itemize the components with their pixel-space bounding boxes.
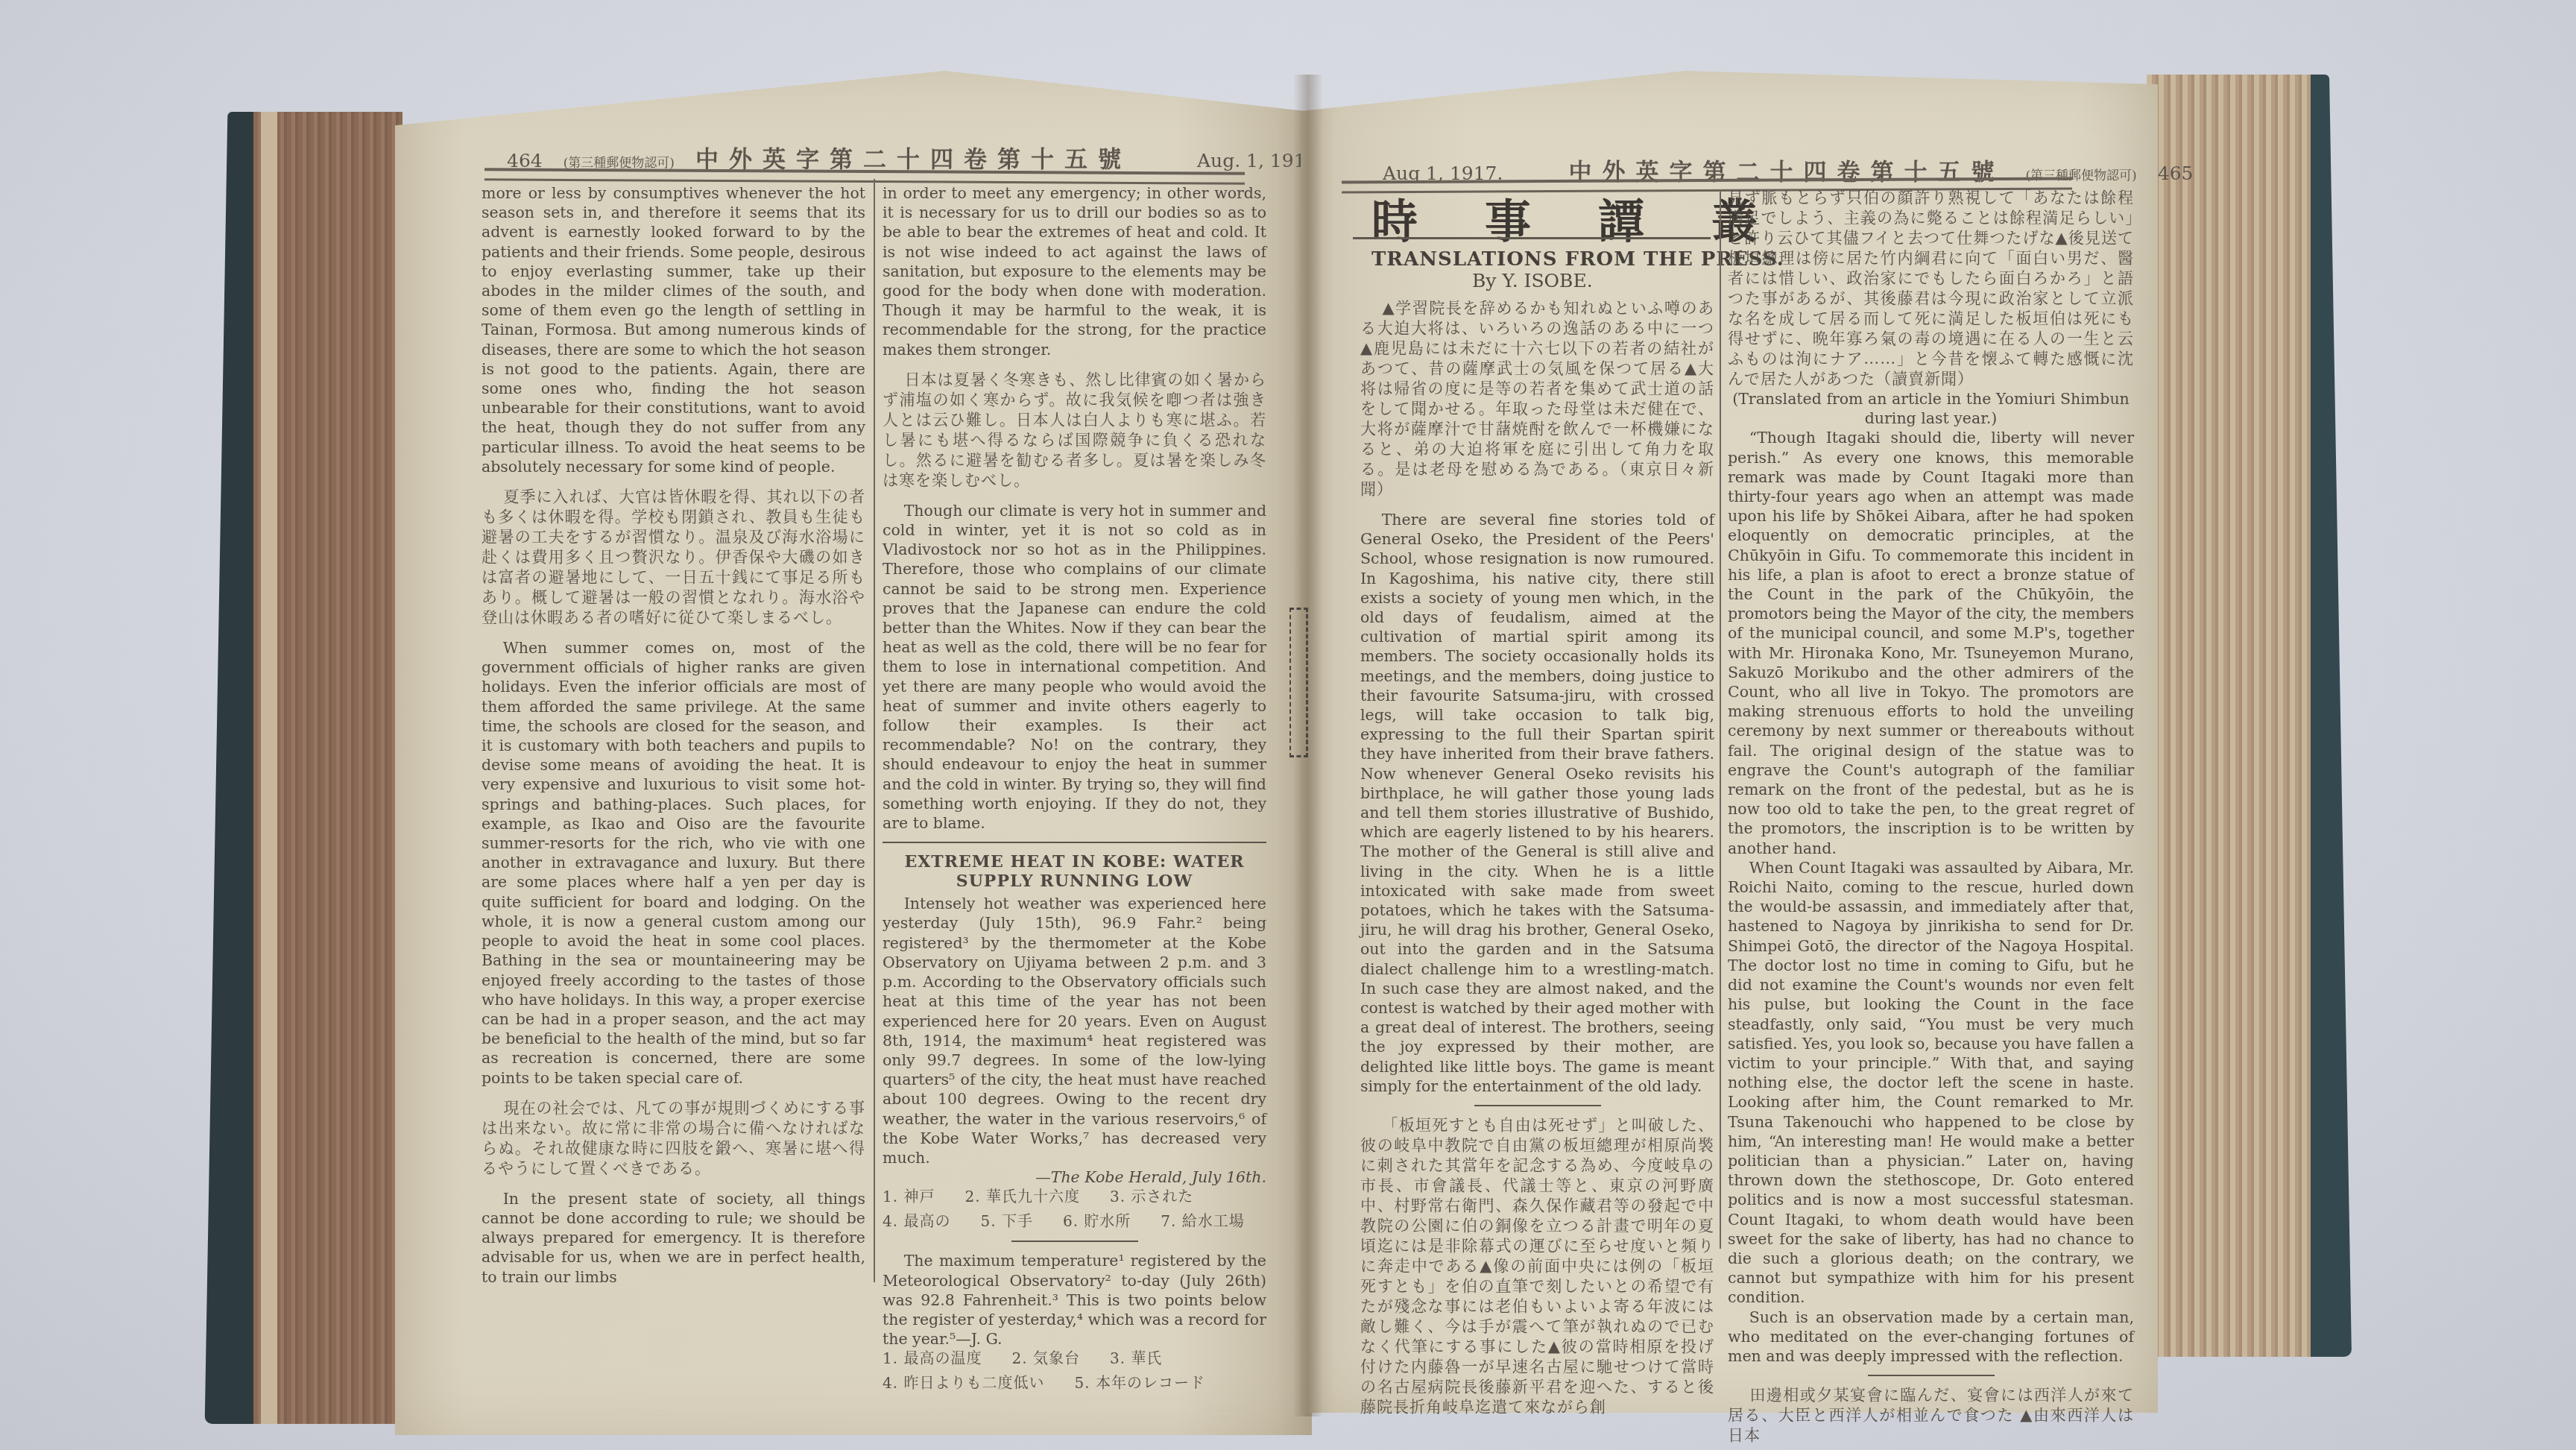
section-rule bbox=[1868, 1375, 1995, 1376]
left-column-2: in order to meet any emergency; in other… bbox=[883, 183, 1266, 1393]
footnote: 4. 最高の bbox=[883, 1211, 950, 1232]
article-credit: —The Kobe Herald, July 16th. bbox=[883, 1167, 1266, 1187]
footnote: 6. 貯水所 bbox=[1063, 1211, 1131, 1232]
paragraph: The maximum temperature¹ registered by t… bbox=[883, 1251, 1266, 1349]
footnote: 3. 示された bbox=[1110, 1187, 1193, 1207]
right-page-number: 465 bbox=[2158, 163, 2194, 184]
paragraph: Such is an observation made by a certain… bbox=[1728, 1308, 2134, 1367]
footnote: 7. 給水工場 bbox=[1161, 1211, 1244, 1232]
left-column-divider bbox=[874, 179, 875, 1282]
paragraph: more or less by consumptives whenever th… bbox=[482, 183, 865, 476]
japanese-paragraph: 現在の社会では、凡ての事が規則づくめにする事は出来ない。故に常に非常の場合に備へ… bbox=[482, 1098, 865, 1179]
footnote: 5. 本年のレコード bbox=[1074, 1373, 1205, 1393]
footnote: 3. 華氏 bbox=[1110, 1349, 1162, 1369]
footnotes: 1. 最高の温度 2. 気象台 3. 華氏 4. 昨日よりも二度低い 5. 本年… bbox=[883, 1349, 1266, 1393]
japanese-paragraph: 田邊相或夕某宴會に臨んだ、宴會には西洋人が來て居る、大臣と西洋人が相並んで食つた… bbox=[1728, 1385, 2134, 1446]
section-rule bbox=[883, 842, 1266, 843]
right-column-2: 見ず脈もとらず只伯の顔許り熟視して「あなたは餘程満足でしよう、主義の為に斃ること… bbox=[1728, 188, 2134, 1446]
page-edges-left bbox=[253, 112, 402, 1424]
paragraph: Intensely hot weather was experienced he… bbox=[883, 894, 1266, 1167]
japanese-paragraph: 「板垣死すとも自由は死せず」と叫破した、彼の岐阜中教院で自由黨の板垣總理が相原尚… bbox=[1360, 1115, 1714, 1417]
paragraph: When summer comes on, most of the govern… bbox=[482, 638, 865, 1088]
japanese-paragraph: ▲学習院長を辞めるかも知れぬといふ噂のある大迫大将は、いろいろの逸話のある中に一… bbox=[1360, 298, 1714, 499]
footnote: 4. 昨日よりも二度低い bbox=[883, 1373, 1044, 1393]
footnote: 2. 華氏九十六度 bbox=[965, 1187, 1079, 1207]
page-edges-right bbox=[2147, 75, 2311, 1357]
byline: By Y. ISOBE. bbox=[1472, 270, 1593, 291]
paragraph: Though our climate is very hot in summer… bbox=[883, 501, 1266, 833]
footnote: 1. 最高の温度 bbox=[883, 1349, 982, 1369]
section-title-en: TRANSLATIONS FROM THE PRESS. bbox=[1371, 248, 1784, 271]
left-column-1: more or less by consumptives whenever th… bbox=[482, 183, 865, 1287]
footnotes: 1. 神戸 2. 華氏九十六度 3. 示された 4. 最高の 5. 下手 6. … bbox=[883, 1187, 1266, 1232]
left-header-title: 中外英字第二十四卷第十五號 bbox=[695, 140, 1131, 174]
section-rule bbox=[1474, 1105, 1601, 1106]
page-edge-band bbox=[261, 112, 277, 1424]
paragraph: in order to meet any emergency; in other… bbox=[883, 183, 1266, 359]
paragraph: There are several fine stories told of G… bbox=[1360, 510, 1714, 1096]
right-column-divider bbox=[1720, 190, 1721, 1249]
paragraph: When Count Itagaki was assaulted by Aiba… bbox=[1728, 858, 2134, 1308]
paragraph: In the present state of society, all thi… bbox=[482, 1189, 865, 1287]
japanese-paragraph: 見ず脈もとらず只伯の顔許り熟視して「あなたは餘程満足でしよう、主義の為に斃ること… bbox=[1728, 188, 2134, 389]
section-rule bbox=[1011, 1241, 1138, 1242]
translation-note: (Translated from an article in the Yomiu… bbox=[1728, 389, 2134, 428]
bookmark-tab bbox=[1289, 608, 1308, 757]
japanese-paragraph: 夏季に入れば、大官は皆休暇を得、其れ以下の者も多くは休暇を得。学校も閉鎖され、教… bbox=[482, 487, 865, 628]
paragraph: “Though Itagaki should die, liberty will… bbox=[1728, 428, 2134, 857]
title-rule bbox=[1353, 237, 1711, 239]
footnote: 2. 気象台 bbox=[1011, 1349, 1079, 1369]
right-column-1: ▲学習院長を辞めるかも知れぬといふ噂のある大迫大将は、いろいろの逸話のある中に一… bbox=[1360, 298, 1714, 1417]
article-title: EXTREME HEAT IN KOBE: WATER SUPPLY RUNNI… bbox=[883, 852, 1266, 891]
japanese-paragraph: 日本は夏暑く冬寒きも、然し比律賓の如く暑からず浦塩の如く寒からず。故に我気候を喞… bbox=[883, 370, 1266, 491]
footnote: 1. 神戸 bbox=[883, 1187, 935, 1207]
footnote: 5. 下手 bbox=[980, 1211, 1032, 1232]
